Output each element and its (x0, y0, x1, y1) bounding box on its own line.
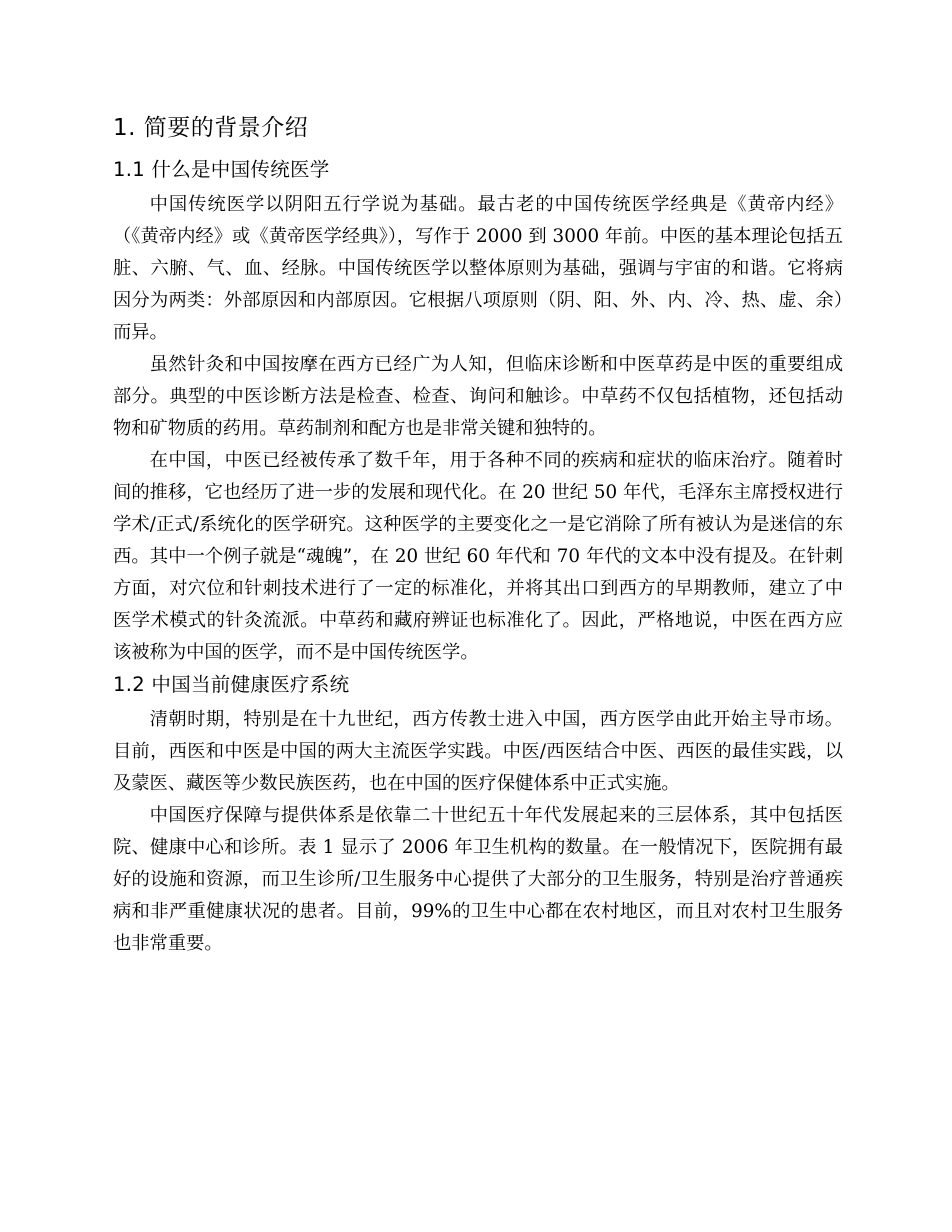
document-page: 1. 简要的背景介绍 1.1 什么是中国传统医学 中国传统医学以阴阳五行学说为基… (113, 110, 843, 960)
paragraph: 在中国，中医已经被传承了数千年，用于各种不同的疾病和症状的临床治疗。随着时间的推… (113, 445, 843, 669)
subsection-heading-1-1: 1.1 什么是中国传统医学 (113, 155, 843, 185)
section-heading-1: 1. 简要的背景介绍 (113, 110, 843, 146)
paragraph: 中国传统医学以阴阳五行学说为基础。最古老的中国传统医学经典是《黄帝内经》（《黄帝… (113, 189, 843, 349)
paragraph: 虽然针灸和中国按摩在西方已经广为人知，但临床诊断和中医草药是中医的重要组成部分。… (113, 349, 843, 445)
paragraph: 中国医疗保障与提供体系是依靠二十世纪五十年代发展起来的三层体系，其中包括医院、健… (113, 800, 843, 960)
paragraph: 清朝时期，特别是在十九世纪，西方传教士进入中国，西方医学由此开始主导市场。目前，… (113, 704, 843, 800)
subsection-heading-1-2: 1.2 中国当前健康医疗系统 (113, 670, 843, 700)
